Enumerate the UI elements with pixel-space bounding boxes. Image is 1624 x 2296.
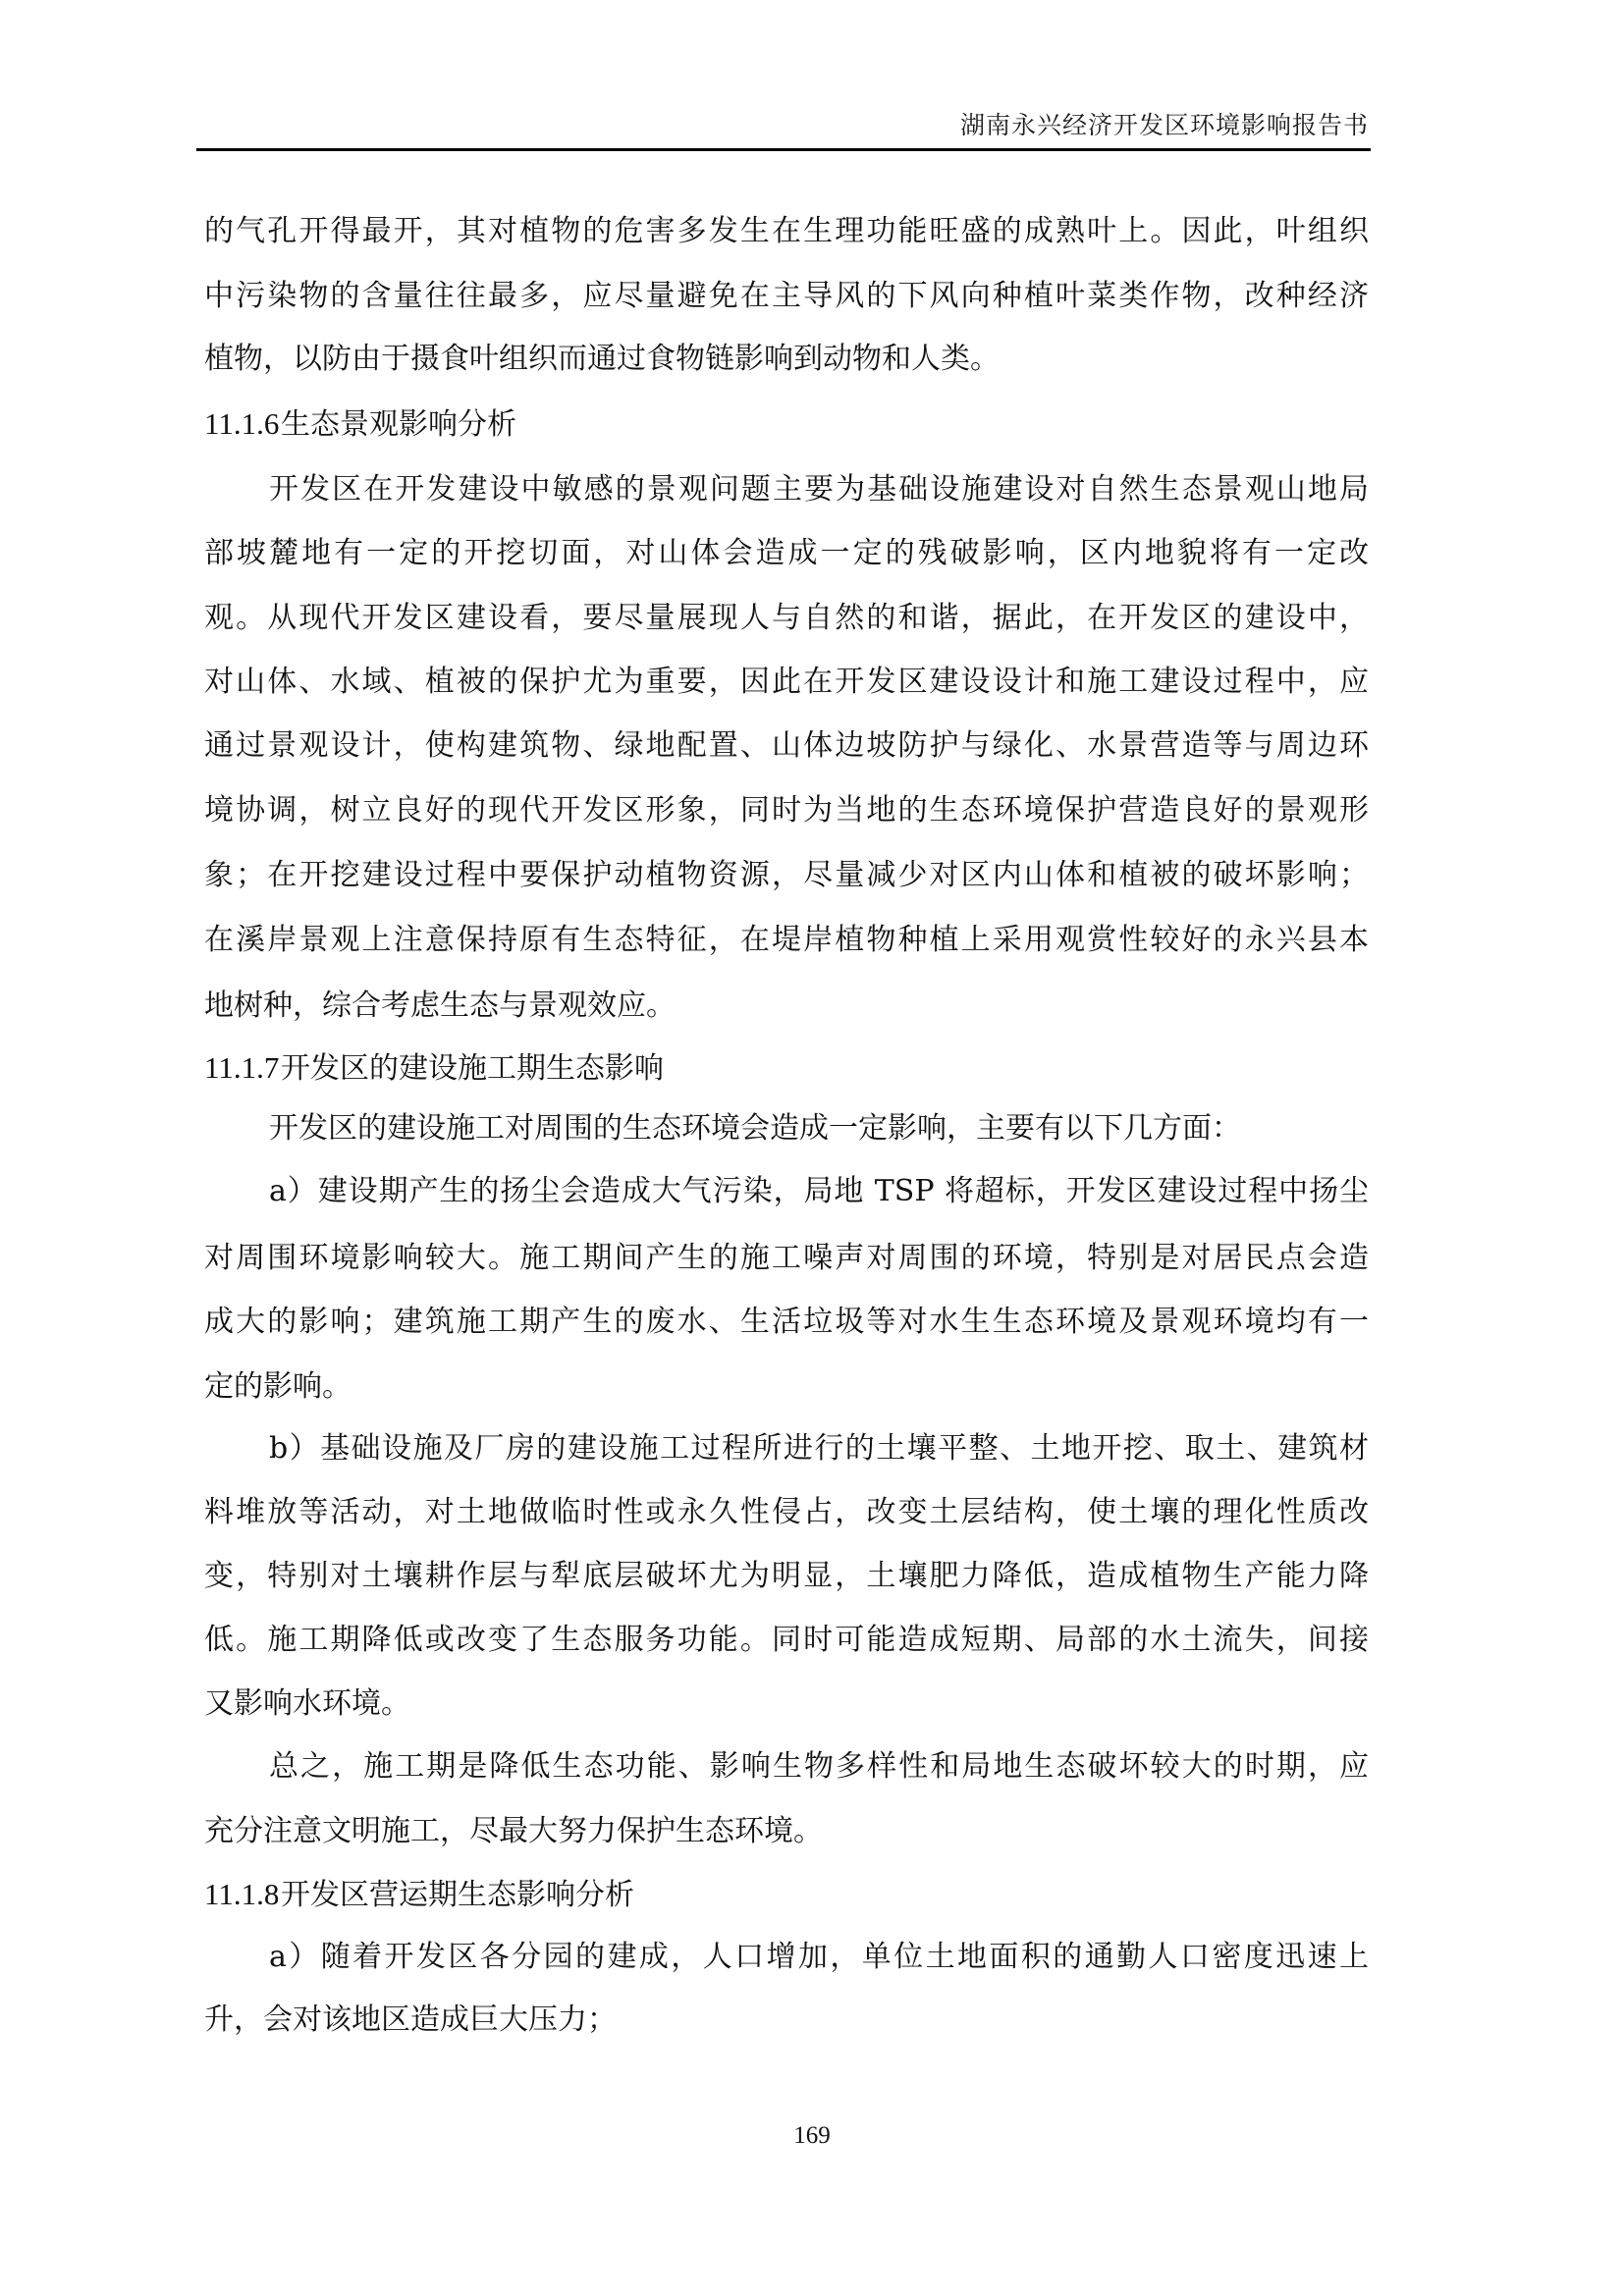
section-number: 11.1.8 [204,1875,269,1914]
running-header: 湖南永兴经济开发区环境影响报告书 [960,110,1369,141]
paragraph-line: 观。从现代开发区建设看，要尽量展现人与自然的和谐，据此，在开发区的建设中， [204,599,1369,638]
section-title: 开发区营运期生态影响分析 [281,1878,634,1912]
paragraph-first-line: a）随着开发区各分园的建成，人口增加，单位土地面积的通勤人口密度迅速上 [269,1938,1369,1977]
section-heading: 11.1.6生态景观影响分析 [204,404,1369,444]
paragraph-line: 充分注意文明施工，尽最大努力保护生态环境。 [204,1812,1369,1851]
paragraph-line: 对周围环境影响较大。施工期间产生的施工噪声对周围的环境，特别是对居民点会造 [204,1239,1369,1278]
paragraph-line: 低。施工期降低或改变了生态服务功能。同时可能造成短期、局部的水土流失，间接 [204,1621,1369,1660]
paragraph-line: 象；在开挖建设过程中要保护动植物资源，尽量减少对区内山体和植被的破坏影响； [204,856,1369,895]
page-number: 169 [0,2120,1624,2152]
paragraph-first-line: 开发区的建设施工对周围的生态环境会造成一定影响，主要有以下几方面： [269,1109,1369,1148]
paragraph-first-line: 总之，施工期是降低生态功能、影响生物多样性和局地生态破坏较大的时期，应 [269,1747,1369,1787]
paragraph-line: 境协调，树立良好的现代开发区形象，同时为当地的生态环境保护营造良好的景观形 [204,791,1369,830]
paragraph-line: 在溪岸景观上注意保持原有生态特征，在堤岸植物种植上采用观赏性较好的永兴县本 [204,921,1369,960]
paragraph-line: 又影响水环境。 [204,1684,1369,1724]
paragraph-line: 升，会对该地区造成巨大压力； [204,2001,1369,2040]
paragraph-first-line: b）基础设施及厂房的建设施工过程所进行的土壤平整、土地开挖、取土、建筑材 [269,1429,1369,1468]
paragraph-line: 植物，以防由于摄食叶组织而通过食物链影响到动物和人类。 [204,340,1369,379]
paragraph-line: 变，特别对土壤耕作层与犁底层破坏尤为明显，土壤肥力降低，造成植物生产能力降 [204,1557,1369,1596]
section-heading: 11.1.7开发区的建设施工期生态影响 [204,1048,1369,1088]
paragraph-line: 地树种，综合考虑生态与景观效应。 [204,987,1369,1026]
paragraph-line: 中污染物的含量往往最多，应尽量避免在主导风的下风向种植叶菜类作物，改种经济 [204,277,1369,316]
paragraph-first-line: 开发区在开发建设中敏感的景观问题主要为基础设施建设对自然生态景观山地局 [269,470,1369,509]
section-heading: 11.1.8开发区营运期生态影响分析 [204,1875,1369,1914]
section-title: 开发区的建设施工期生态影响 [281,1051,664,1086]
paragraph-line: 通过景观设计，使构建筑物、绿地配置、山体边坡防护与绿化、水景营造等与周边环 [204,726,1369,766]
paragraph-line: 部坡麓地有一定的开挖切面，对山体会造成一定的残破影响，区内地貌将有一定改 [204,534,1369,573]
document-page: 湖南永兴经济开发区环境影响报告书 的气孔开得最开，其对植物的危害多发生在生理功能… [0,0,1624,2296]
paragraph-line: 料堆放等活动，对土地做临时性或永久性侵占，改变土层结构，使土壤的理化性质改 [204,1493,1369,1532]
paragraph-line: 的气孔开得最开，其对植物的危害多发生在生理功能旺盛的成熟叶上。因此，叶组织 [204,212,1369,251]
paragraph-first-line: a）建设期产生的扬尘会造成大气污染，局地 TSP 将超标，开发区建设过程中扬尘 [269,1172,1369,1211]
section-number: 11.1.6 [204,404,269,444]
header-rule [196,148,1371,151]
section-title: 生态景观影响分析 [281,407,516,442]
paragraph-line: 对山体、水域、植被的保护尤为重要，因此在开发区建设设计和施工建设过程中，应 [204,663,1369,702]
section-number: 11.1.7 [204,1048,269,1088]
paragraph-line: 成大的影响；建筑施工期产生的废水、生活垃圾等对水生生态环境及景观环境均有一 [204,1303,1369,1342]
paragraph-line: 定的影响。 [204,1367,1369,1407]
